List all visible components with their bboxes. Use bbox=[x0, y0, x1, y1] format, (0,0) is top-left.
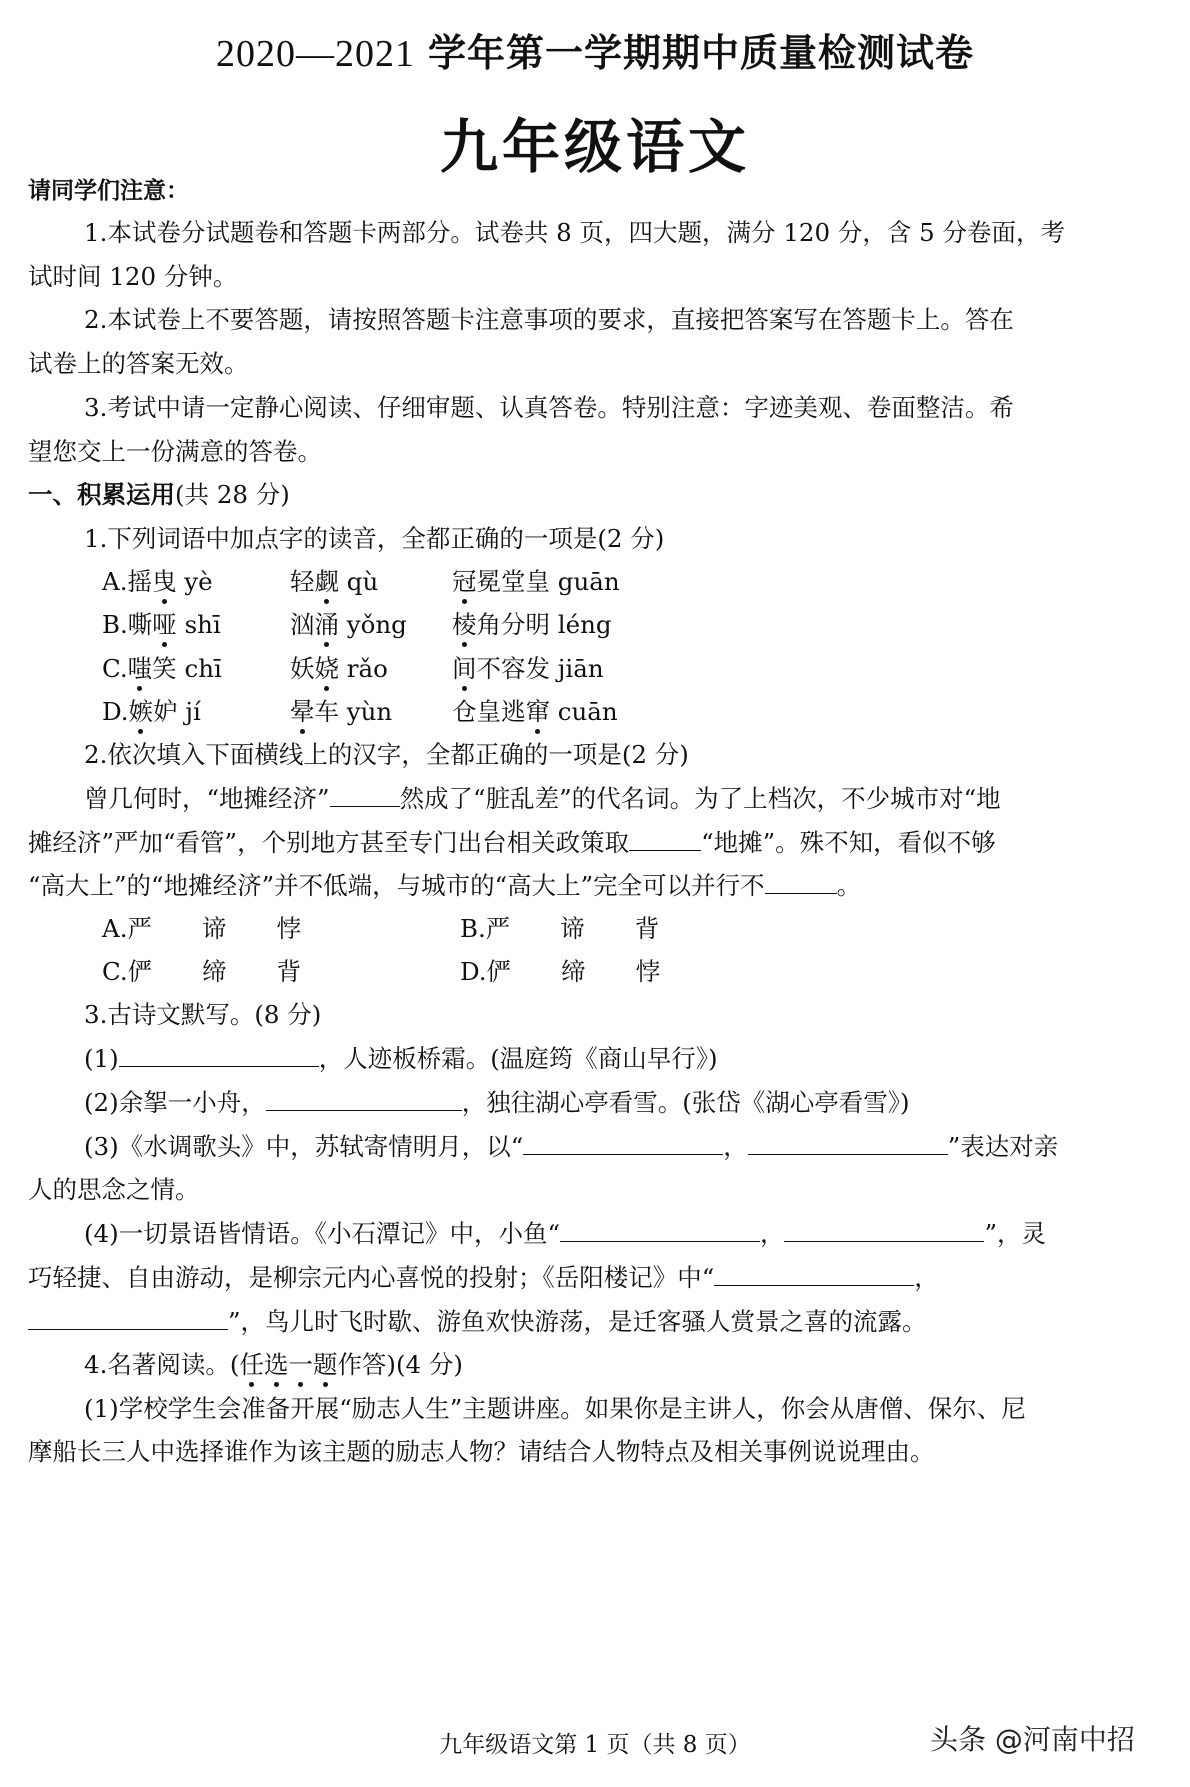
q3-item-3-cont: 人的思念之情。 bbox=[28, 1175, 1166, 1205]
fill-blank bbox=[629, 828, 701, 851]
exam-title: 2020—2021 学年第一学期期中质量检测试卷 bbox=[0, 22, 1190, 77]
option-char: 缔 bbox=[561, 957, 586, 986]
item-text: ，人迹板桥霜。(温庭筠《商山早行》) bbox=[319, 1044, 718, 1073]
fill-blank bbox=[28, 1307, 228, 1330]
passage-text: 然成了“脏乱差”的代名词。为了上档次，不少城市对“地 bbox=[400, 784, 1001, 813]
option-label: B. bbox=[102, 610, 128, 639]
passage-text: 摊经济”严加“看管”，个别地方甚至专门出台相关政策取 bbox=[28, 828, 629, 857]
option-label: C. bbox=[102, 654, 128, 683]
q3-item-4-cont-2: ”，鸟儿时飞时歇、游鱼欢快游荡，是迁客骚人赏景之喜的流露。 bbox=[28, 1307, 1166, 1337]
word: 嘶哑 bbox=[128, 610, 177, 639]
option-char: 悖 bbox=[636, 957, 661, 986]
fill-blank bbox=[266, 1088, 462, 1111]
item-text: ， bbox=[760, 1219, 785, 1248]
notice-item-2-cont: 试卷上的答案无效。 bbox=[28, 349, 1166, 379]
section-heading: 一、积累运用(共 28 分) bbox=[28, 480, 1166, 510]
pinyin: jí bbox=[185, 697, 200, 726]
section-title: 一、积累运用 bbox=[28, 480, 175, 509]
watermark: 头条 @河南中招 bbox=[930, 1718, 1135, 1758]
word: 冠冕堂皇 bbox=[452, 567, 550, 596]
title-year: 2020—2021 bbox=[216, 33, 415, 75]
pinyin: shī bbox=[185, 610, 221, 639]
item-text: ”，鸟儿时飞时歇、游鱼欢快游荡，是迁客骚人赏景之喜的流露。 bbox=[228, 1307, 927, 1336]
q2-passage-line-3: “高大上”的“地摊经济”并不低端，与城市的“高大上”完全可以并行不。 bbox=[28, 871, 1166, 901]
option-char: 背 bbox=[635, 914, 660, 943]
stem-text: 作答)(4 分) bbox=[337, 1350, 463, 1379]
stem-text: 4.名著阅读。( bbox=[84, 1350, 239, 1379]
q2-option-d: D.俨缔悖 bbox=[460, 957, 660, 987]
q2-passage-line-2: 摊经济”严加“看管”，个别地方甚至专门出台相关政策取“地摊”。殊不知，看似不够 bbox=[28, 828, 1166, 858]
pinyin: yǒng bbox=[347, 610, 407, 639]
passage-text: “高大上”的“地摊经济”并不低端，与城市的“高大上”完全可以并行不 bbox=[28, 871, 765, 900]
option-char: C.俨 bbox=[102, 957, 152, 986]
passage-text: “地摊”。殊不知，看似不够 bbox=[701, 828, 996, 857]
fill-blank bbox=[714, 1263, 914, 1286]
word: 轻觑 bbox=[290, 567, 339, 596]
notice-item-1-cont: 试时间 120 分钟。 bbox=[28, 262, 1166, 292]
word: 摇曳 bbox=[127, 567, 176, 596]
option-label: D. bbox=[102, 697, 129, 726]
item-text: 巧轻捷、自由游动，是柳宗元内心喜悦的投射；《岳阳楼记》中“ bbox=[28, 1263, 714, 1292]
notice-item-1: 1.本试卷分试题卷和答题卡两部分。试卷共 8 页，四大题，满分 120 分，含 … bbox=[84, 218, 1166, 248]
subject-title: 九年级语文 bbox=[0, 100, 1190, 184]
word: 汹涌 bbox=[290, 610, 339, 639]
fill-blank bbox=[765, 871, 837, 894]
option-char: 悖 bbox=[276, 914, 301, 943]
option-char: 谛 bbox=[202, 914, 227, 943]
title-text: 学年第一学期期中质量检测试卷 bbox=[428, 31, 974, 75]
word: 嫉妒 bbox=[129, 697, 178, 726]
option-char: 背 bbox=[277, 957, 302, 986]
item-text: ”表达对亲 bbox=[948, 1132, 1059, 1161]
item-text: ”，灵 bbox=[984, 1219, 1046, 1248]
fill-blank bbox=[330, 784, 400, 807]
word: 间不容发 bbox=[452, 654, 550, 683]
q1-stem: 1.下列词语中加点字的读音，全都正确的一项是(2 分) bbox=[84, 524, 1166, 554]
item-text: ， bbox=[723, 1132, 748, 1161]
q2-passage-line-1: 曾几何时，“地摊经济”然成了“脏乱差”的代名词。为了上档次，不少城市对“地 bbox=[84, 784, 1166, 814]
fill-blank bbox=[784, 1219, 984, 1242]
q2-stem: 2.依次填入下面横线上的汉字，全都正确的一项是(2 分) bbox=[84, 740, 1166, 770]
word: 晕车 bbox=[290, 697, 339, 726]
word: 嗤笑 bbox=[128, 654, 177, 683]
option-char: B.严 bbox=[460, 914, 510, 943]
pinyin: guān bbox=[558, 567, 620, 596]
pinyin: cuān bbox=[558, 697, 618, 726]
item-text: (2)余挐一小舟， bbox=[84, 1088, 266, 1117]
pinyin: léng bbox=[558, 610, 612, 639]
q3-item-1: (1)，人迹板桥霜。(温庭筠《商山早行》) bbox=[84, 1044, 1166, 1074]
option-char: D.俨 bbox=[460, 957, 511, 986]
option-char: A.严 bbox=[102, 914, 152, 943]
option-label: A. bbox=[102, 567, 127, 596]
pinyin: yùn bbox=[347, 697, 392, 726]
fill-blank bbox=[560, 1219, 760, 1242]
fill-blank bbox=[119, 1044, 319, 1067]
option-char: 谛 bbox=[560, 914, 585, 943]
item-text: (3)《水调歌头》中，苏轼寄情明月，以“ bbox=[84, 1132, 523, 1161]
notice-item-3-cont: 望您交上一份满意的答卷。 bbox=[28, 437, 1166, 467]
notice-item-3: 3.考试中请一定静心阅读、仔细审题、认真答卷。特别注意：字迹美观、卷面整洁。希 bbox=[84, 393, 1166, 423]
q2-option-b: B.严谛背 bbox=[460, 914, 659, 944]
option-char: 缔 bbox=[202, 957, 227, 986]
pinyin: rǎo bbox=[347, 654, 388, 683]
word: 棱角分明 bbox=[452, 610, 550, 639]
q3-item-2: (2)余挐一小舟，，独往湖心亭看雪。(张岱《湖心亭看雪》) bbox=[84, 1088, 1166, 1118]
q3-stem: 3.古诗文默写。(8 分) bbox=[84, 1000, 1166, 1030]
q4-prompt-1: (1)学校学生会准备开展“励志人生”主题讲座。如果你是主讲人，你会从唐僧、保尔、… bbox=[84, 1394, 1166, 1424]
pinyin: jiān bbox=[558, 654, 604, 683]
word: 仓皇逃窜 bbox=[452, 697, 550, 726]
passage-text: 。 bbox=[837, 871, 862, 900]
item-text: ， bbox=[914, 1263, 939, 1292]
pinyin: qù bbox=[347, 567, 378, 596]
fill-blank bbox=[748, 1132, 948, 1155]
item-text: (1) bbox=[84, 1044, 119, 1073]
q3-item-3: (3)《水调歌头》中，苏轼寄情明月，以“，”表达对亲 bbox=[84, 1132, 1166, 1162]
word: 妖娆 bbox=[290, 654, 339, 683]
pinyin: yè bbox=[184, 567, 212, 596]
q3-item-4-cont-1: 巧轻捷、自由游动，是柳宗元内心喜悦的投射；《岳阳楼记》中“， bbox=[28, 1263, 1166, 1293]
pinyin: chī bbox=[184, 654, 221, 683]
q4-stem: 4.名著阅读。(任选一题作答)(4 分) bbox=[84, 1350, 1166, 1380]
emphasis-text: 任选一题 bbox=[239, 1350, 337, 1379]
item-text: (4)一切景语皆情语。《小石潭记》中，小鱼“ bbox=[84, 1219, 560, 1248]
q4-prompt-1-cont: 摩船长三人中选择谁作为该主题的励志人物？请结合人物特点及相关事例说说理由。 bbox=[28, 1437, 1166, 1467]
notice-heading: 请同学们注意： bbox=[28, 176, 1166, 206]
passage-text: 曾几何时，“地摊经济” bbox=[84, 784, 330, 813]
section-points: (共 28 分) bbox=[175, 480, 290, 509]
notice-item-2: 2.本试卷上不要答题，请按照答题卡注意事项的要求，直接把答案写在答题卡上。答在 bbox=[84, 305, 1166, 335]
q3-item-4: (4)一切景语皆情语。《小石潭记》中，小鱼“，”，灵 bbox=[84, 1219, 1166, 1249]
exam-page: 2020—2021 学年第一学期期中质量检测试卷 九年级语文 请同学们注意： 1… bbox=[0, 0, 1190, 1787]
item-text: ，独往湖心亭看雪。(张岱《湖心亭看雪》) bbox=[462, 1088, 910, 1117]
q2-option-c: C.俨缔背 bbox=[102, 957, 301, 987]
fill-blank bbox=[523, 1132, 723, 1155]
q2-option-a: A.严谛悖 bbox=[102, 914, 301, 944]
